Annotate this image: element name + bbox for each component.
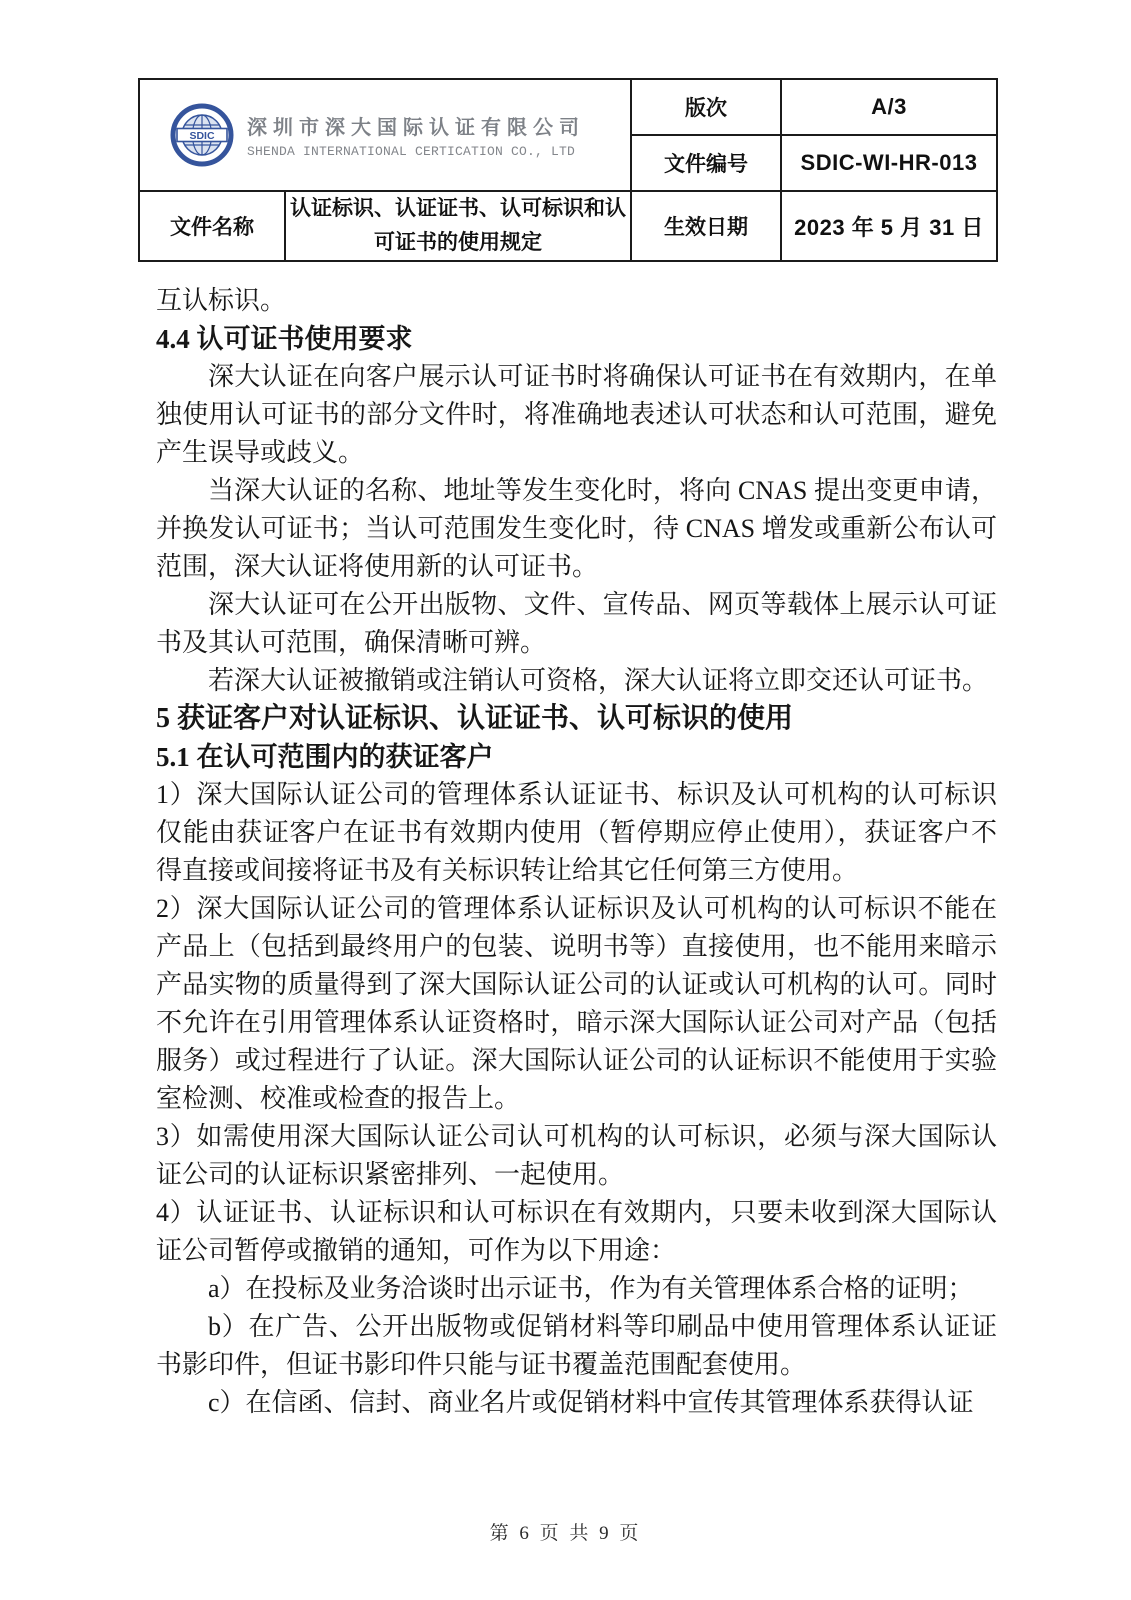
logo-badge-text: SDIC: [189, 130, 215, 142]
company-logo-cell: SDIC 深圳市深大国际认证有限公司 SHENDA INTERNATIONAL …: [139, 79, 631, 191]
doc-number-label: 文件编号: [631, 135, 781, 191]
page-number: 第 6 页 共 9 页: [0, 1518, 1131, 1545]
section-5-1-item-4: 4）认证证书、认证标识和认可标识在有效期内，只要未收到深大国际认证公司暂停或撤销…: [156, 1194, 997, 1270]
doc-name-label: 文件名称: [139, 191, 285, 261]
document-page: SDIC 深圳市深大国际认证有限公司 SHENDA INTERNATIONAL …: [0, 0, 1131, 1600]
company-name-en: SHENDA INTERNATIONAL CERTICATION CO., LT…: [247, 144, 585, 159]
section-5-1-item-3: 3）如需使用深大国际认证公司认可机构的认可标识，必须与深大国际认证公司的认证标识…: [156, 1118, 997, 1194]
document-body: 互认标识。 4.4 认可证书使用要求 深大认证在向客户展示认可证书时将确保认可证…: [156, 282, 997, 1422]
lead-line: 互认标识。: [156, 282, 997, 320]
company-name-cn: 深圳市深大国际认证有限公司: [247, 111, 585, 140]
doc-number-value: SDIC-WI-HR-013: [781, 135, 997, 191]
section-4-4-paragraph-1: 深大认证在向客户展示认可证书时将确保认可证书在有效期内，在单独使用认可证书的部分…: [156, 358, 997, 472]
section-5-1-item-2: 2）深大国际认证公司的管理体系认证标识及认可机构的认可标识不能在产品上（包括到最…: [156, 890, 997, 1118]
section-5-heading: 5 获证客户对认证标识、认证证书、认可标识的使用: [156, 700, 997, 738]
section-5-1-item-4b: b）在广告、公开出版物或促销材料等印刷品中使用管理体系认证证书影印件，但证书影印…: [156, 1308, 997, 1384]
company-name-block: 深圳市深大国际认证有限公司 SHENDA INTERNATIONAL CERTI…: [247, 111, 585, 159]
section-5-1-item-4c: c）在信函、信封、商业名片或促销材料中宣传其管理体系获得认证: [156, 1384, 997, 1422]
section-4-4-paragraph-2: 当深大认证的名称、地址等发生变化时，将向 CNAS 提出变更申请，并换发认可证书…: [156, 472, 997, 586]
effective-date-label: 生效日期: [631, 191, 781, 261]
section-5-1-item-1: 1）深大国际认证公司的管理体系认证证书、标识及认可机构的认可标识仅能由获证客户在…: [156, 776, 997, 890]
effective-date-value: 2023 年 5 月 31 日: [781, 191, 997, 261]
version-value: A/3: [781, 79, 997, 135]
company-logo-icon: SDIC: [170, 103, 234, 167]
section-5-1-item-4a: a）在投标及业务洽谈时出示证书，作为有关管理体系合格的证明；: [156, 1270, 997, 1308]
section-4-4-paragraph-3: 深大认证可在公开出版物、文件、宣传品、网页等载体上展示认可证书及其认可范围，确保…: [156, 586, 997, 662]
section-4-4-heading: 4.4 认可证书使用要求: [156, 320, 997, 358]
section-4-4-paragraph-4: 若深大认证被撤销或注销认可资格，深大认证将立即交还认可证书。: [156, 662, 997, 700]
version-label: 版次: [631, 79, 781, 135]
doc-name-value: 认证标识、认证证书、认可标识和认可证书的使用规定: [285, 191, 631, 261]
document-header-table: SDIC 深圳市深大国际认证有限公司 SHENDA INTERNATIONAL …: [138, 78, 998, 262]
section-5-1-heading: 5.1 在认可范围内的获证客户: [156, 738, 997, 776]
